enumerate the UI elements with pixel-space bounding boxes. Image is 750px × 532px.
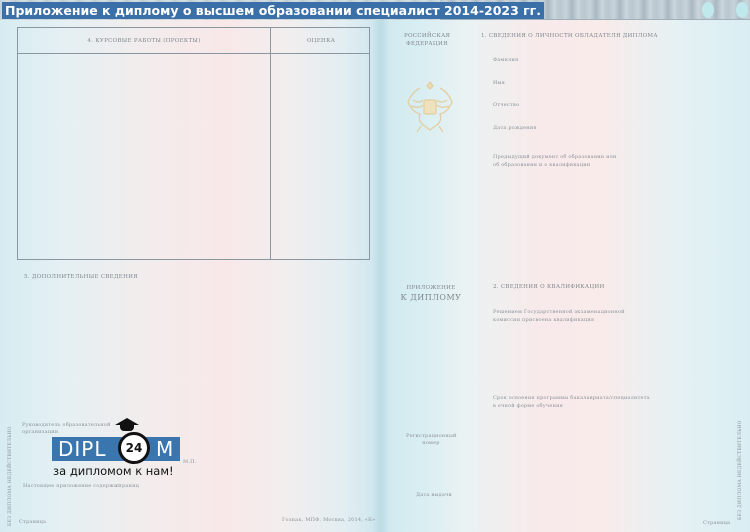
term-line2: в очной форме обучения (493, 403, 563, 409)
field-patronymic: Отчество (493, 102, 519, 108)
country-line2: ФЕДЕРАЦИЯ (404, 41, 450, 47)
right-page-number-label: Страница (703, 520, 730, 526)
prev-doc-line1: Предыдущий документ об образовании или (493, 154, 617, 160)
qualification-line1: Решением Государственной экзаменационной (493, 309, 625, 315)
page-title: Приложение к диплому о высшем образовани… (2, 2, 544, 19)
brand-badge: 24 (118, 432, 150, 464)
left-vertical-note: БЕЗ ДИПЛОМА НЕДЕЙСТВИТЕЛЬНО (8, 426, 13, 526)
reg-number-line2: номер (406, 440, 456, 446)
pages-label: страниц (116, 483, 139, 489)
left-page-number-label: Страница (19, 519, 46, 525)
appendix-line1: ПРИЛОЖЕНИЕ (400, 285, 462, 291)
issue-date-label: Дата выдачи (416, 492, 452, 498)
section1-title: 1. СВЕДЕНИЯ О ЛИЧНОСТИ ОБЛАДАТЕЛЯ ДИПЛОМ… (481, 33, 658, 39)
right-vertical-note: БЕЗ ДИПЛОМА НЕДЕЙСТВИТЕЛЬНО (738, 420, 743, 520)
coursework-table: 4. КУРСОВЫЕ РАБОТЫ (ПРОЕКТЫ) ОЦЕНКА (17, 27, 370, 260)
russian-coat-of-arms-icon (403, 78, 457, 136)
coursework-header: 4. КУРСОВЫЕ РАБОТЫ (ПРОЕКТЫ) (18, 38, 270, 44)
diplom24-watermark-logo: DIPL M 24 за дипломом к нам! (52, 418, 182, 480)
printer-label: Гознак, МПФ, Москва, 2014, «Б» (282, 517, 375, 523)
field-name: Имя (493, 80, 505, 86)
country-line1: РОССИЙСКАЯ (404, 33, 450, 39)
page-contains-label: Настоящее приложение содержит (23, 483, 121, 489)
section2-title: 2. СВЕДЕНИЯ О КВАЛИФИКАЦИИ (493, 284, 605, 290)
prev-doc-line2: об образовании и о квалификации (493, 162, 590, 168)
term-line1: Срок освоения программы бакалавриата/спе… (493, 395, 650, 401)
appendix-line2: К ДИПЛОМУ (400, 293, 462, 302)
brand-slogan: за дипломом к нам! (53, 464, 174, 478)
field-surname: Фамилия (493, 57, 518, 63)
mp-label: М.П. (183, 459, 196, 465)
reg-number-line1: Регистрационный (406, 433, 456, 439)
page-fold (372, 20, 390, 532)
brand-left: DIPL (58, 437, 107, 461)
grade-header: ОЦЕНКА (271, 38, 371, 44)
qualification-line2: комиссии присвоена квалификация (493, 317, 594, 323)
field-birthdate: Дата рождения (493, 125, 537, 131)
brand-right: M (156, 437, 173, 461)
section5-title: 5. ДОПОЛНИТЕЛЬНЫЕ СВЕДЕНИЯ (24, 274, 138, 280)
graduation-cap-icon (115, 418, 139, 425)
